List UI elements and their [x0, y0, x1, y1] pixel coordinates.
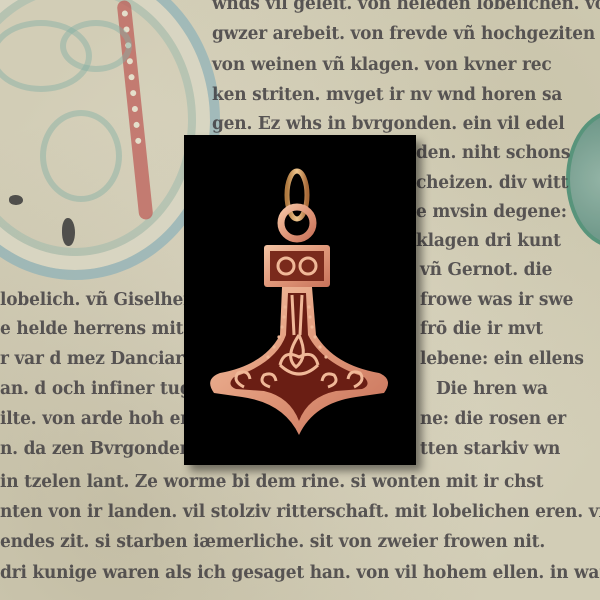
manuscript-line: n. da zen Bvrgonden. s: [0, 439, 213, 460]
manuscript-line: klagen dri kunt: [416, 231, 561, 252]
manuscript-line: cheizen. div witt: [416, 173, 568, 194]
manuscript-line: den. niht schons: [416, 143, 570, 164]
photo-composition: wnds vil geleit. von heleden lobelichen.…: [0, 0, 600, 600]
manuscript-line: e mvsin degene:: [416, 202, 567, 223]
manuscript-line: in tzelen lant. Ze worme bi dem rine. si…: [0, 472, 543, 493]
manuscript-line: Die hren wa: [436, 379, 548, 400]
manuscript-line: ilte. von arde hoh erbo: [0, 409, 212, 430]
ink-blot: [62, 218, 75, 246]
manuscript-line: gen. Ez whs in bvrgonden. ein vil edel: [212, 114, 565, 135]
manuscript-line: frō die ir mvt: [420, 319, 543, 340]
manuscript-line: ken striten. mvget ir nv wnd horen sa: [212, 85, 562, 106]
manuscript-line: gwzer arebeit. von frevde vñ hochgeziten: [212, 24, 595, 45]
manuscript-line: tten starkiv wn: [420, 439, 560, 460]
green-seal: [566, 110, 600, 248]
manuscript-line: endes zit. si starben iæmerliche. sit vo…: [0, 532, 545, 553]
initial-swirl: [60, 20, 132, 72]
manuscript-line: von weinen vñ klagen. von kvner rec: [212, 55, 552, 76]
pendant-photo-panel: [184, 135, 416, 465]
manuscript-line: e helde herrens mit pf: [0, 319, 208, 340]
manuscript-line: lobelich. vñ Giselher d: [0, 290, 209, 311]
manuscript-line: dri kunige waren als ich gesaget han. vo…: [0, 563, 600, 584]
manuscript-line: vñ Gernot. die: [420, 260, 552, 281]
manuscript-line: r var d mez Danciart. d: [0, 349, 215, 370]
thors-hammer-pendant-icon: [184, 135, 416, 465]
manuscript-line: wnds vil geleit. von heleden lobelichen.…: [212, 0, 600, 15]
ink-blot: [9, 195, 23, 205]
manuscript-line: an. d och infiner tug: [0, 379, 192, 400]
initial-swirl: [40, 110, 122, 202]
manuscript-line: frowe was ir swe: [420, 290, 573, 311]
manuscript-line: lebene: ein ellens: [420, 349, 584, 370]
manuscript-line: nten von ir landen. vil stolziv rittersc…: [0, 502, 600, 523]
manuscript-line: ne: die rosen er: [420, 409, 566, 430]
